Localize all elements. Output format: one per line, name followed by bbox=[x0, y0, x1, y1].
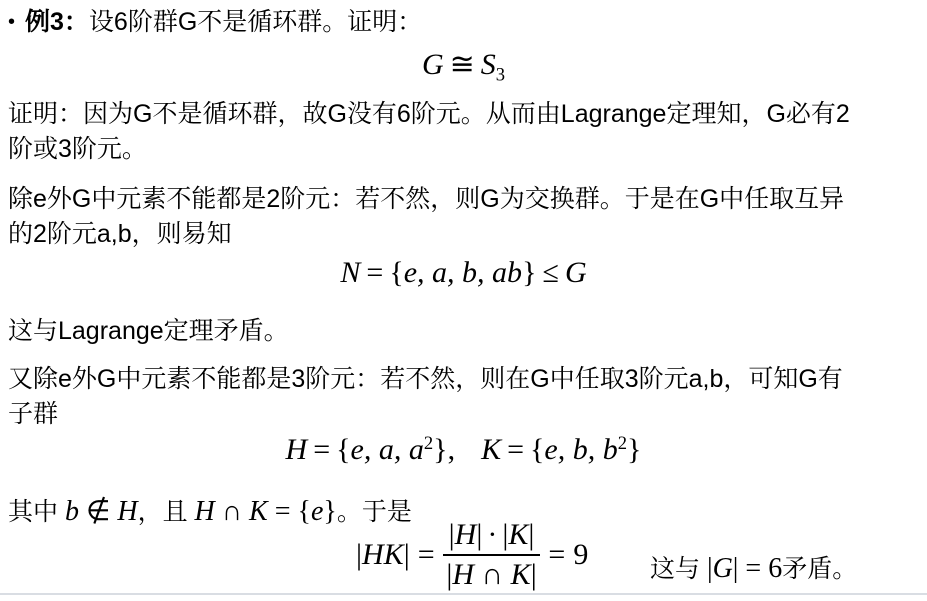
leq-symbol: ≤ bbox=[536, 256, 564, 289]
bar: | bbox=[531, 558, 537, 591]
title-label: 例3： bbox=[25, 8, 89, 36]
paragraph-order3-case: 又除e外G中元素不能都是3阶元：若不然，则在G中任取3阶元a,b，可知G有 子群 bbox=[8, 362, 921, 432]
set-elements: e, a, b, ab bbox=[404, 256, 522, 289]
var-K: K bbox=[249, 496, 268, 527]
var-K: K bbox=[508, 518, 528, 551]
var-K: K bbox=[511, 558, 531, 591]
title-text: 设6阶群G不是循环群。证明： bbox=[89, 8, 422, 36]
paragraph-final-contradiction: 这与 |G| = 6矛盾。 bbox=[650, 549, 857, 585]
comma-separator: , bbox=[448, 433, 456, 466]
bullet-icon: • bbox=[8, 11, 15, 33]
paragraph-line: 这与Lagrange定理矛盾。 bbox=[8, 314, 921, 349]
fraction: |H|·|K| |H ∩ K| bbox=[443, 518, 541, 592]
intersection-symbol: ∩ bbox=[474, 558, 511, 591]
var-S: S bbox=[481, 48, 496, 81]
var-b: b bbox=[65, 496, 79, 527]
paragraph-proof-intro: 证明：因为G不是循环群，故G没有6阶元。从而由Lagrange定理知，G必有2 … bbox=[8, 97, 921, 167]
text-prefix: 这与 bbox=[650, 555, 707, 583]
equals-symbol: = bbox=[360, 256, 389, 289]
var-HK: HK bbox=[362, 538, 404, 571]
close-brace: } bbox=[627, 433, 641, 466]
paragraph-order2-case: 除e外G中元素不能都是2阶元：若不然，则G为交换群。于是在G中任取互异 的2阶元… bbox=[8, 182, 921, 252]
var-H: H bbox=[452, 558, 474, 591]
paragraph-line: 的2阶元a,b，则易知 bbox=[8, 217, 921, 252]
dot-symbol: · bbox=[482, 518, 502, 551]
fraction-numerator: |H|·|K| bbox=[443, 518, 541, 556]
subscript-3: 3 bbox=[496, 65, 505, 86]
paragraph-line: 除e外G中元素不能都是2阶元：若不然，则G为交换群。于是在G中任取互异 bbox=[8, 182, 921, 217]
superscript-2: 2 bbox=[618, 433, 627, 454]
order-value: 6 bbox=[768, 553, 782, 584]
var-G: G bbox=[422, 48, 444, 81]
formula-isomorphism: G≅S3 bbox=[0, 47, 927, 87]
congruent-symbol: ≅ bbox=[444, 48, 481, 81]
result-value: 9 bbox=[573, 538, 588, 572]
set-elements-H: e, a, a bbox=[351, 433, 424, 466]
equals-symbol: = bbox=[307, 433, 336, 466]
equals-symbol: = bbox=[738, 553, 768, 584]
notin-symbol: ∉ bbox=[79, 496, 117, 527]
var-G: G bbox=[565, 256, 587, 289]
var-H: H bbox=[286, 433, 308, 466]
var-H: H bbox=[117, 496, 137, 527]
paragraph-line: 子群 bbox=[8, 397, 921, 432]
close-brace: } bbox=[323, 496, 336, 527]
equals-symbol: = bbox=[410, 538, 443, 572]
text-mid: ，且 bbox=[138, 498, 195, 526]
var-H: H bbox=[455, 518, 477, 551]
var-H: H bbox=[195, 496, 215, 527]
set-elements-K: e, b, b bbox=[544, 433, 617, 466]
formula-product-count: |HK| = |H|·|K| |H ∩ K| = 9 bbox=[356, 518, 588, 592]
equals-symbol: = bbox=[501, 433, 530, 466]
close-brace: } bbox=[522, 256, 536, 289]
bar: | bbox=[528, 518, 534, 551]
paragraph-line: 阶或3阶元。 bbox=[8, 132, 921, 167]
intersection-symbol: ∩ bbox=[215, 496, 249, 527]
paragraph-line: 证明：因为G不是循环群，故G没有6阶元。从而由Lagrange定理知，G必有2 bbox=[8, 97, 921, 132]
formula-subgroup-N: N={e, a, b, ab}≤G bbox=[0, 256, 927, 290]
var-K: K bbox=[481, 433, 501, 466]
var-e: e bbox=[311, 496, 323, 527]
close-brace: } bbox=[433, 433, 447, 466]
var-N: N bbox=[340, 256, 360, 289]
text-suffix: 矛盾。 bbox=[782, 555, 857, 583]
text-prefix: 其中 bbox=[8, 498, 65, 526]
fraction-denominator: |H ∩ K| bbox=[443, 556, 541, 592]
slide-title: •例3：设6阶群G不是循环群。证明： bbox=[8, 5, 919, 40]
formula-subgroups-H-K: H={e, a, a2},K={e, b, b2} bbox=[0, 433, 927, 467]
open-brace: { bbox=[297, 496, 310, 527]
paragraph-lagrange-contradiction: 这与Lagrange定理矛盾。 bbox=[8, 314, 921, 349]
equals-symbol: = bbox=[540, 538, 573, 572]
equals-symbol: = bbox=[268, 496, 298, 527]
lhs-abs: |HK| bbox=[356, 538, 410, 572]
open-brace: { bbox=[530, 433, 544, 466]
bottom-divider bbox=[0, 593, 927, 595]
open-brace: { bbox=[336, 433, 350, 466]
superscript-2: 2 bbox=[424, 433, 433, 454]
var-G: G bbox=[713, 553, 733, 584]
open-brace: { bbox=[389, 256, 403, 289]
paragraph-line: 又除e外G中元素不能都是3阶元：若不然，则在G中任取3阶元a,b，可知G有 bbox=[8, 362, 921, 397]
